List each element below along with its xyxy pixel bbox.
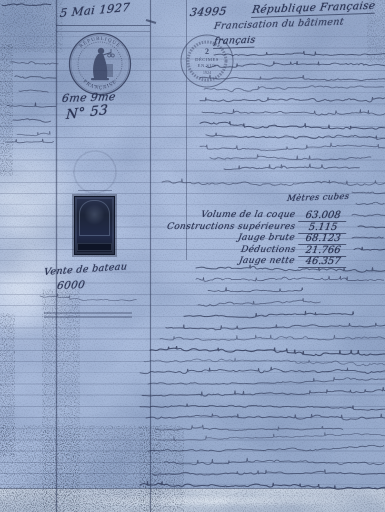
act-subtitle-2: français <box>213 35 256 49</box>
tonnage-row: Volume de la coque63.008 <box>0 210 385 222</box>
tonnage-row-value: 46.357 <box>298 256 348 268</box>
tonnage-row-label: Jauge brute <box>237 233 296 243</box>
legible-text-layer: 34995 République Française Francisation … <box>0 0 385 512</box>
revenue-stamp <box>74 196 115 255</box>
tonnage-row-label: Constructions supérieures <box>166 222 296 232</box>
act-subtitle: Francisation du bâtiment <box>213 16 344 31</box>
tonnage-row-label: Volume de la coque <box>200 210 296 220</box>
republic-title: République Française <box>251 0 376 18</box>
act-number: N° 53 <box>66 102 109 123</box>
tonnage-row-value: 5.115 <box>298 222 348 234</box>
tonnage-row: Constructions supérieures5.115 <box>0 222 385 234</box>
tonnage-row: Jauge brute68.123 <box>0 233 385 245</box>
margin-date: 5 Mai 1927 <box>59 0 130 20</box>
tonnage-row-value: 68.123 <box>298 233 348 245</box>
tonnage-row: Déductions21.766 <box>0 245 385 257</box>
tonnage-row-value: 21.766 <box>298 245 348 257</box>
tonnage-row-label: Déductions <box>240 245 296 255</box>
tonnage-row-value: 63.008 <box>298 210 348 222</box>
tonnage-column-header: Mètres cubes <box>286 192 350 204</box>
tonnage-row-label: Jauge nette <box>238 256 295 266</box>
sale-note-amount: 6000 <box>56 279 86 292</box>
tonnage-row: Jauge nette46.357 <box>0 256 385 268</box>
document-scan-page: RÉPUBLIQUE FRANÇAISE 2 DÉCIMES EN SUS <box>0 0 385 512</box>
entry-number: 34995 <box>189 5 228 19</box>
